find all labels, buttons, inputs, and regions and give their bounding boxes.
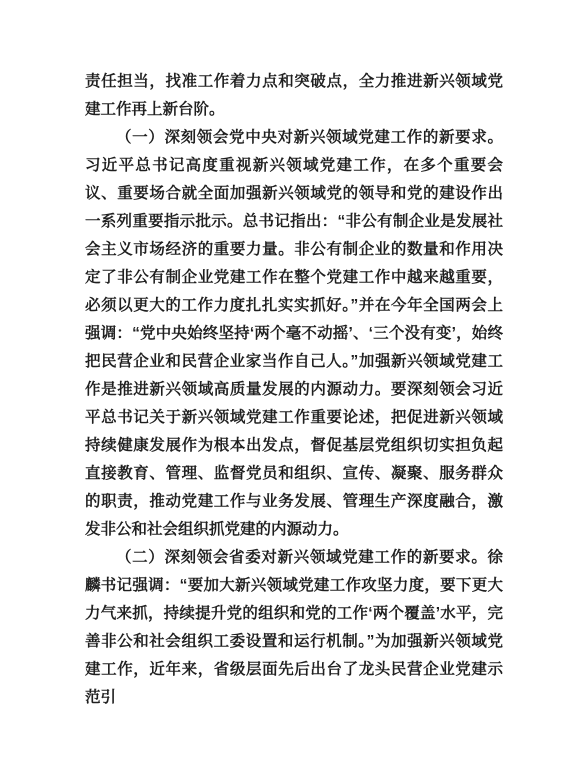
paragraph-continuation: 责任担当，找准工作着力点和突破点，全力推进新兴领域党建工作再上新台阶。 <box>85 68 503 124</box>
document-page: 责任担当，找准工作着力点和突破点，全力推进新兴领域党建工作再上新台阶。 （一）深… <box>0 0 586 759</box>
paragraph-section-1: （一）深刻领会党中央对新兴领域党建工作的新要求。习近平总书记高度重视新兴领域党建… <box>85 124 503 544</box>
paragraph-section-2: （二）深刻领会省委对新兴领域党建工作的新要求。徐麟书记强调：“要加大新兴领域党建… <box>85 544 503 712</box>
document-text-block: 责任担当，找准工作着力点和突破点，全力推进新兴领域党建工作再上新台阶。 （一）深… <box>85 68 503 712</box>
